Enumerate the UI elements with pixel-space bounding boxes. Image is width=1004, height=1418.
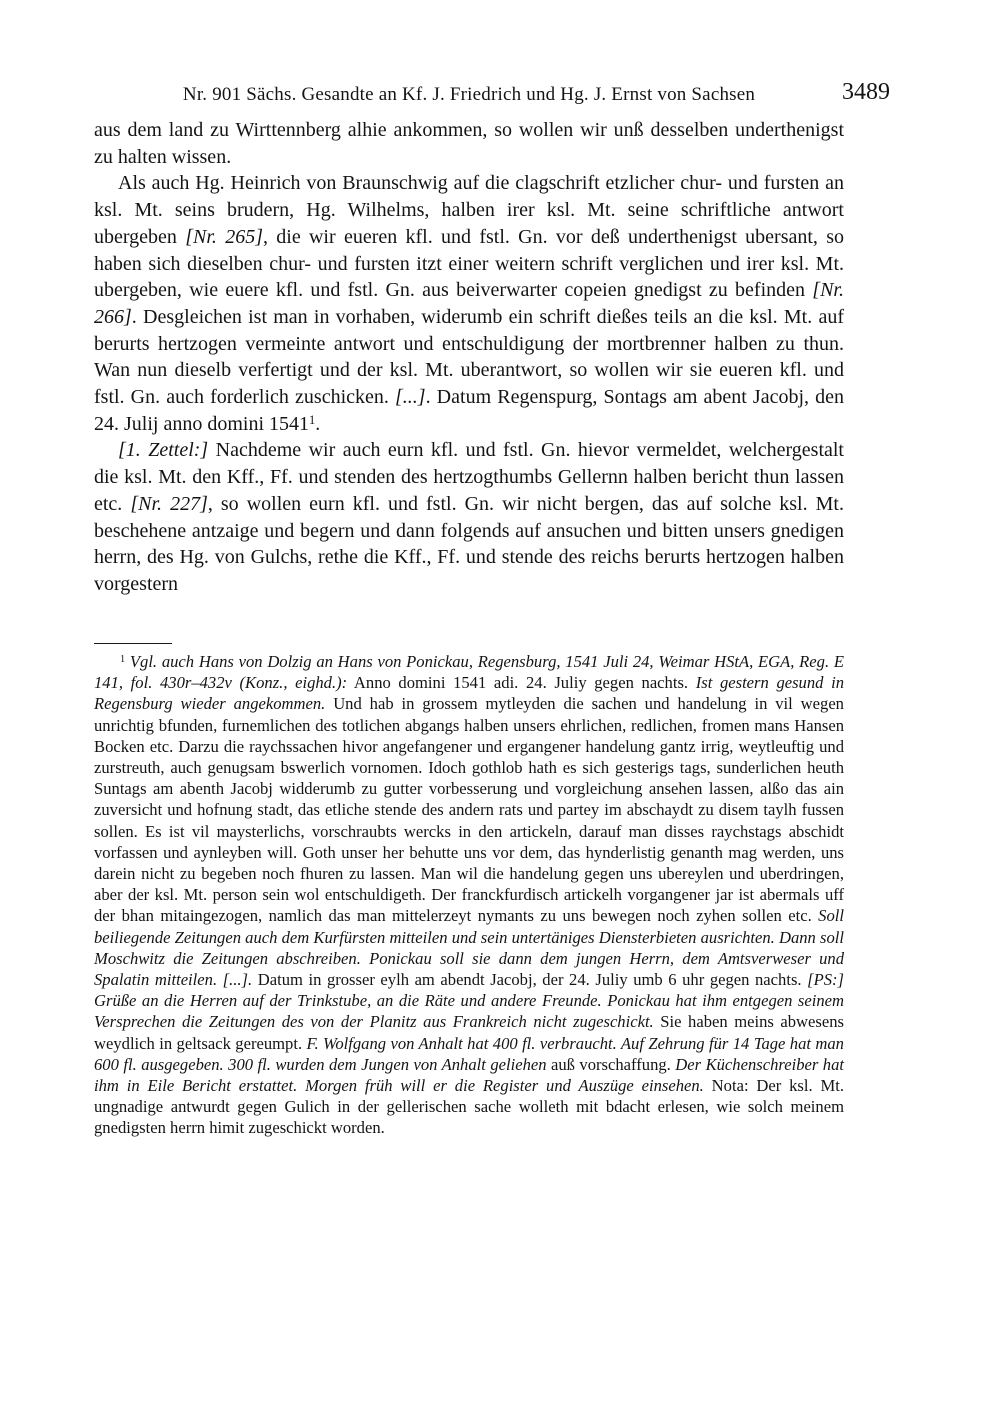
text-segment: aus dem land zu Wirttennberg alhie ankom…: [94, 119, 844, 168]
text-segment: [1. Zettel:]: [118, 439, 208, 461]
text-segment: Anno domini 1541 adi. 24. Juliy gegen na…: [347, 673, 696, 692]
footnote-separator: [94, 643, 172, 644]
text-segment: [...]: [395, 386, 426, 408]
page-number: 3489: [842, 79, 890, 106]
text-segment: auß vorschaffung.: [547, 1055, 676, 1074]
text-segment: Und hab in grossem mytleyden die sachen …: [94, 694, 844, 925]
main-text: aus dem land zu Wirttennberg alhie ankom…: [94, 117, 844, 598]
text-segment: Datum in grosser eylh am abendt Jacobj, …: [252, 970, 807, 989]
running-header-title: Nr. 901 Sächs. Gesandte an Kf. J. Friedr…: [94, 84, 844, 106]
footnote-reference: 1: [120, 654, 125, 665]
book-page: Nr. 901 Sächs. Gesandte an Kf. J. Friedr…: [0, 0, 1004, 1418]
body-paragraph: aus dem land zu Wirttennberg alhie ankom…: [94, 117, 844, 170]
text-segment: [Nr. 227]: [130, 493, 208, 515]
running-header: Nr. 901 Sächs. Gesandte an Kf. J. Friedr…: [94, 84, 844, 106]
footnote: 1 Vgl. auch Hans von Dolzig an Hans von …: [94, 651, 844, 1139]
text-segment: [Nr. 265]: [185, 226, 263, 248]
footnote-reference: 1: [309, 413, 315, 427]
body-paragraph: Als auch Hg. Heinrich von Braunschwig au…: [94, 170, 844, 437]
text-segment: .: [315, 413, 320, 435]
body-paragraph: [1. Zettel:] Nachdeme wir auch eurn kfl.…: [94, 437, 844, 597]
